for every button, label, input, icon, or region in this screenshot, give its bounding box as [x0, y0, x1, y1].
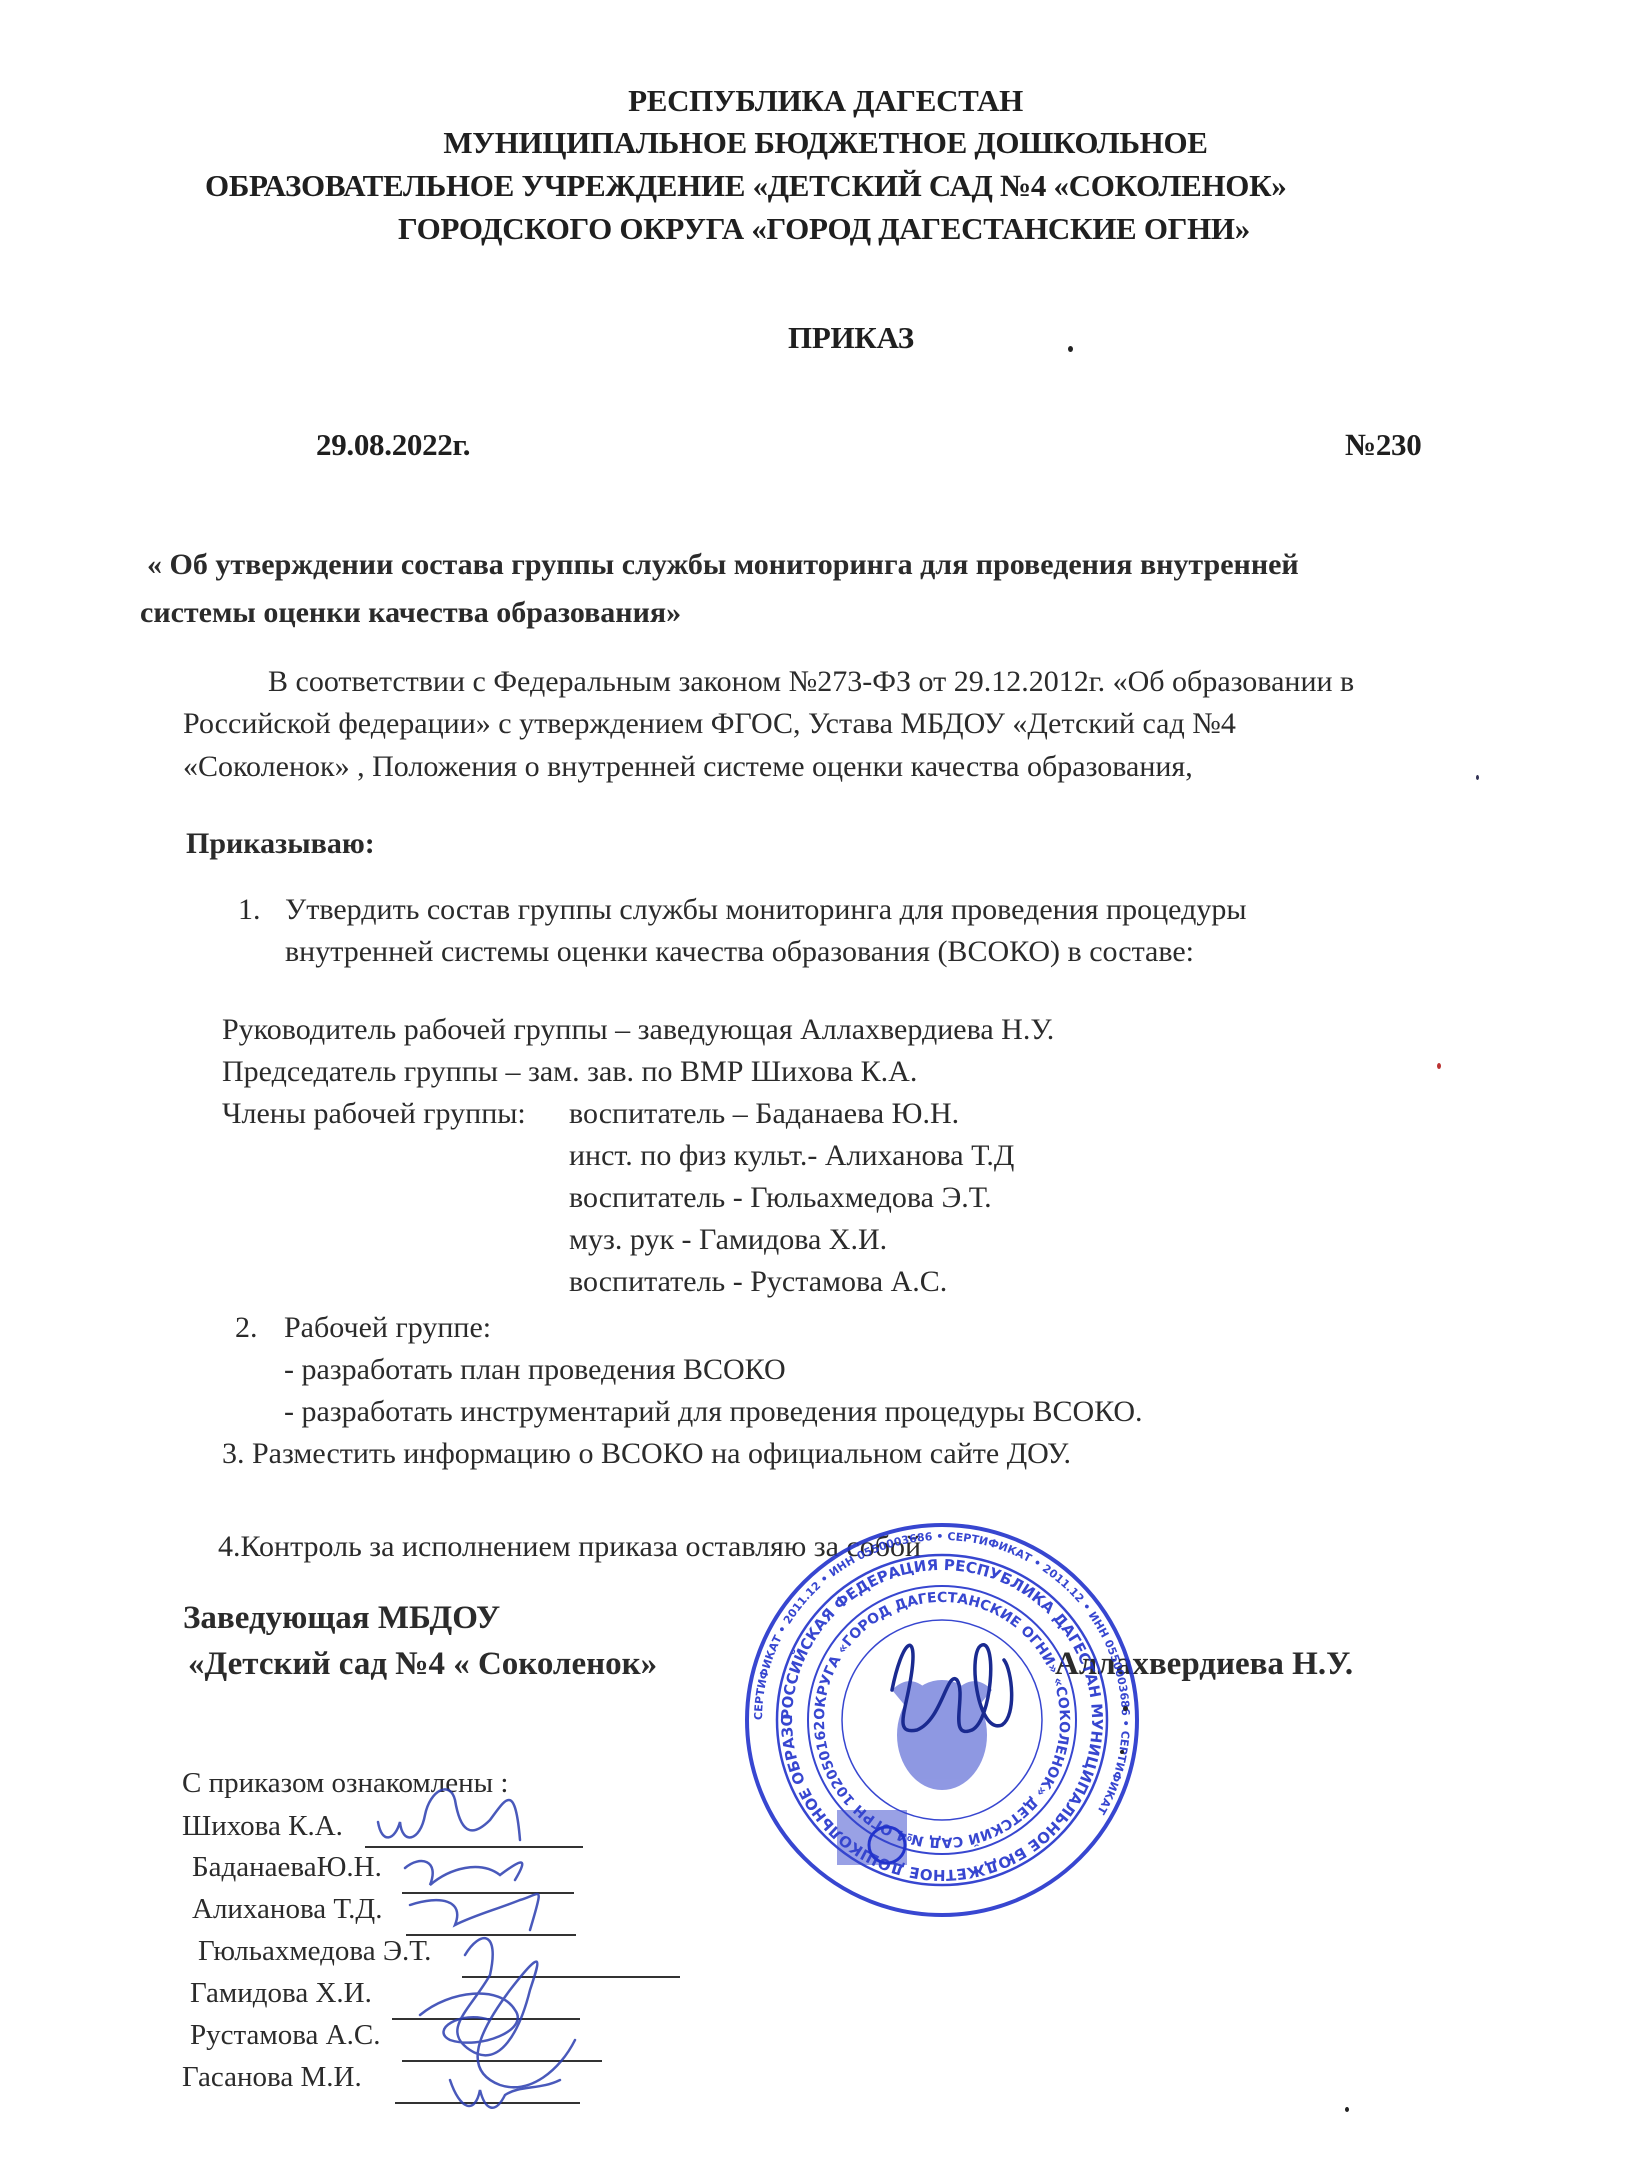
acknowledged-name-1: Шихова К.А. — [182, 1810, 343, 1843]
scan-speck — [1345, 2107, 1349, 2112]
member-2: инст. по физ культ.- Алиханова Т.Д — [569, 1139, 1014, 1173]
acknowledged-name-5: Гамидова Х.И. — [190, 1977, 372, 2010]
item-1-line-1: Утвердить состав группы службы мониторин… — [285, 893, 1247, 927]
directive-label: Приказываю: — [186, 827, 375, 861]
group-head: Руководитель рабочей группы – заведующая… — [222, 1013, 1054, 1047]
signature-line-6 — [402, 2060, 602, 2062]
item-3: 3. Разместить информацию о ВСОКО на офиц… — [222, 1437, 1071, 1471]
signature-line-1 — [365, 1846, 583, 1848]
member-3: воспитатель - Гюльахмедова Э.Т. — [569, 1181, 992, 1215]
document-title: ПРИКАЗ — [788, 320, 914, 356]
acknowledged-name-2: БаданаеваЮ.Н. — [192, 1851, 382, 1884]
acknowledged-name-3: Алиханова Т.Д. — [192, 1893, 382, 1926]
item-2-task-1: - разработать план проведения ВСОКО — [284, 1353, 786, 1387]
item-1-line-2: внутренней системы оценки качества образ… — [285, 935, 1194, 969]
order-subject-line-2: системы оценки качества образования» — [140, 596, 681, 630]
member-5: воспитатель - Рустамова А.С. — [569, 1265, 947, 1299]
header-line-3: ОБРАЗОВАТЕЛЬНОЕ УЧРЕЖДЕНИЕ «ДЕТСКИЙ САД … — [205, 168, 1286, 204]
scan-speck — [1123, 1706, 1128, 1711]
acknowledged-name-7: Гасанова М.И. — [182, 2061, 362, 2094]
header-line-4: ГОРОДСКОГО ОКРУГА «ГОРОД ДАГЕСТАНСКИЕ ОГ… — [398, 211, 1250, 247]
item-1-number: 1. — [238, 893, 261, 927]
order-date: 29.08.2022г. — [316, 427, 470, 463]
order-subject-line-1: « Об утверждении состава группы службы м… — [147, 548, 1299, 582]
scan-speck — [1120, 1750, 1124, 1754]
signatory-title-line-1: Заведующая МБДОУ — [183, 1600, 500, 1637]
acknowledged-name-6: Рустамова А.С. — [190, 2019, 380, 2052]
preamble-line-1: В соответствии с Федеральным законом №27… — [268, 665, 1354, 699]
signature-line-5 — [392, 2018, 580, 2020]
preamble-line-3: «Соколенок» , Положения о внутренней сис… — [183, 750, 1193, 784]
item-2-number: 2. — [235, 1311, 258, 1345]
item-2-task-2: - разработать инструментарий для проведе… — [284, 1395, 1143, 1429]
acknowledged-name-4: Гюльахмедова Э.Т. — [198, 1935, 431, 1968]
signature-line-3 — [406, 1934, 576, 1936]
signature-line-7 — [395, 2102, 580, 2104]
signatory-title-line-2: «Детский сад №4 « Соколенок» — [188, 1646, 657, 1683]
order-number: №230 — [1345, 427, 1421, 463]
item-2-label: Рабочей группе: — [284, 1311, 491, 1345]
scan-speck — [1476, 775, 1479, 780]
header-line-1: РЕСПУБЛИКА ДАГЕСТАН — [0, 83, 1651, 119]
acknowledgement-label: С приказом ознакомлены : — [182, 1767, 508, 1800]
scan-speck — [1068, 346, 1073, 352]
preamble-line-2: Российской федерации» с утверждением ФГО… — [183, 707, 1236, 741]
members-label: Члены рабочей группы: — [222, 1097, 526, 1131]
member-1: воспитатель – Баданаева Ю.Н. — [569, 1097, 959, 1131]
group-chair: Председатель группы – зам. зав. по ВМР Ш… — [222, 1055, 917, 1089]
official-stamp-icon: СЕРТИФИКАТ • 2011.12 • ИНН 0550003686 • … — [742, 1520, 1142, 1920]
signature-line-2 — [402, 1892, 574, 1894]
header-line-2: МУНИЦИПАЛЬНОЕ БЮДЖЕТНОЕ ДОШКОЛЬНОЕ — [0, 125, 1651, 161]
scan-speck — [1437, 1063, 1441, 1069]
member-4: муз. рук - Гамидова Х.И. — [569, 1223, 887, 1257]
signature-line-4 — [462, 1976, 680, 1978]
